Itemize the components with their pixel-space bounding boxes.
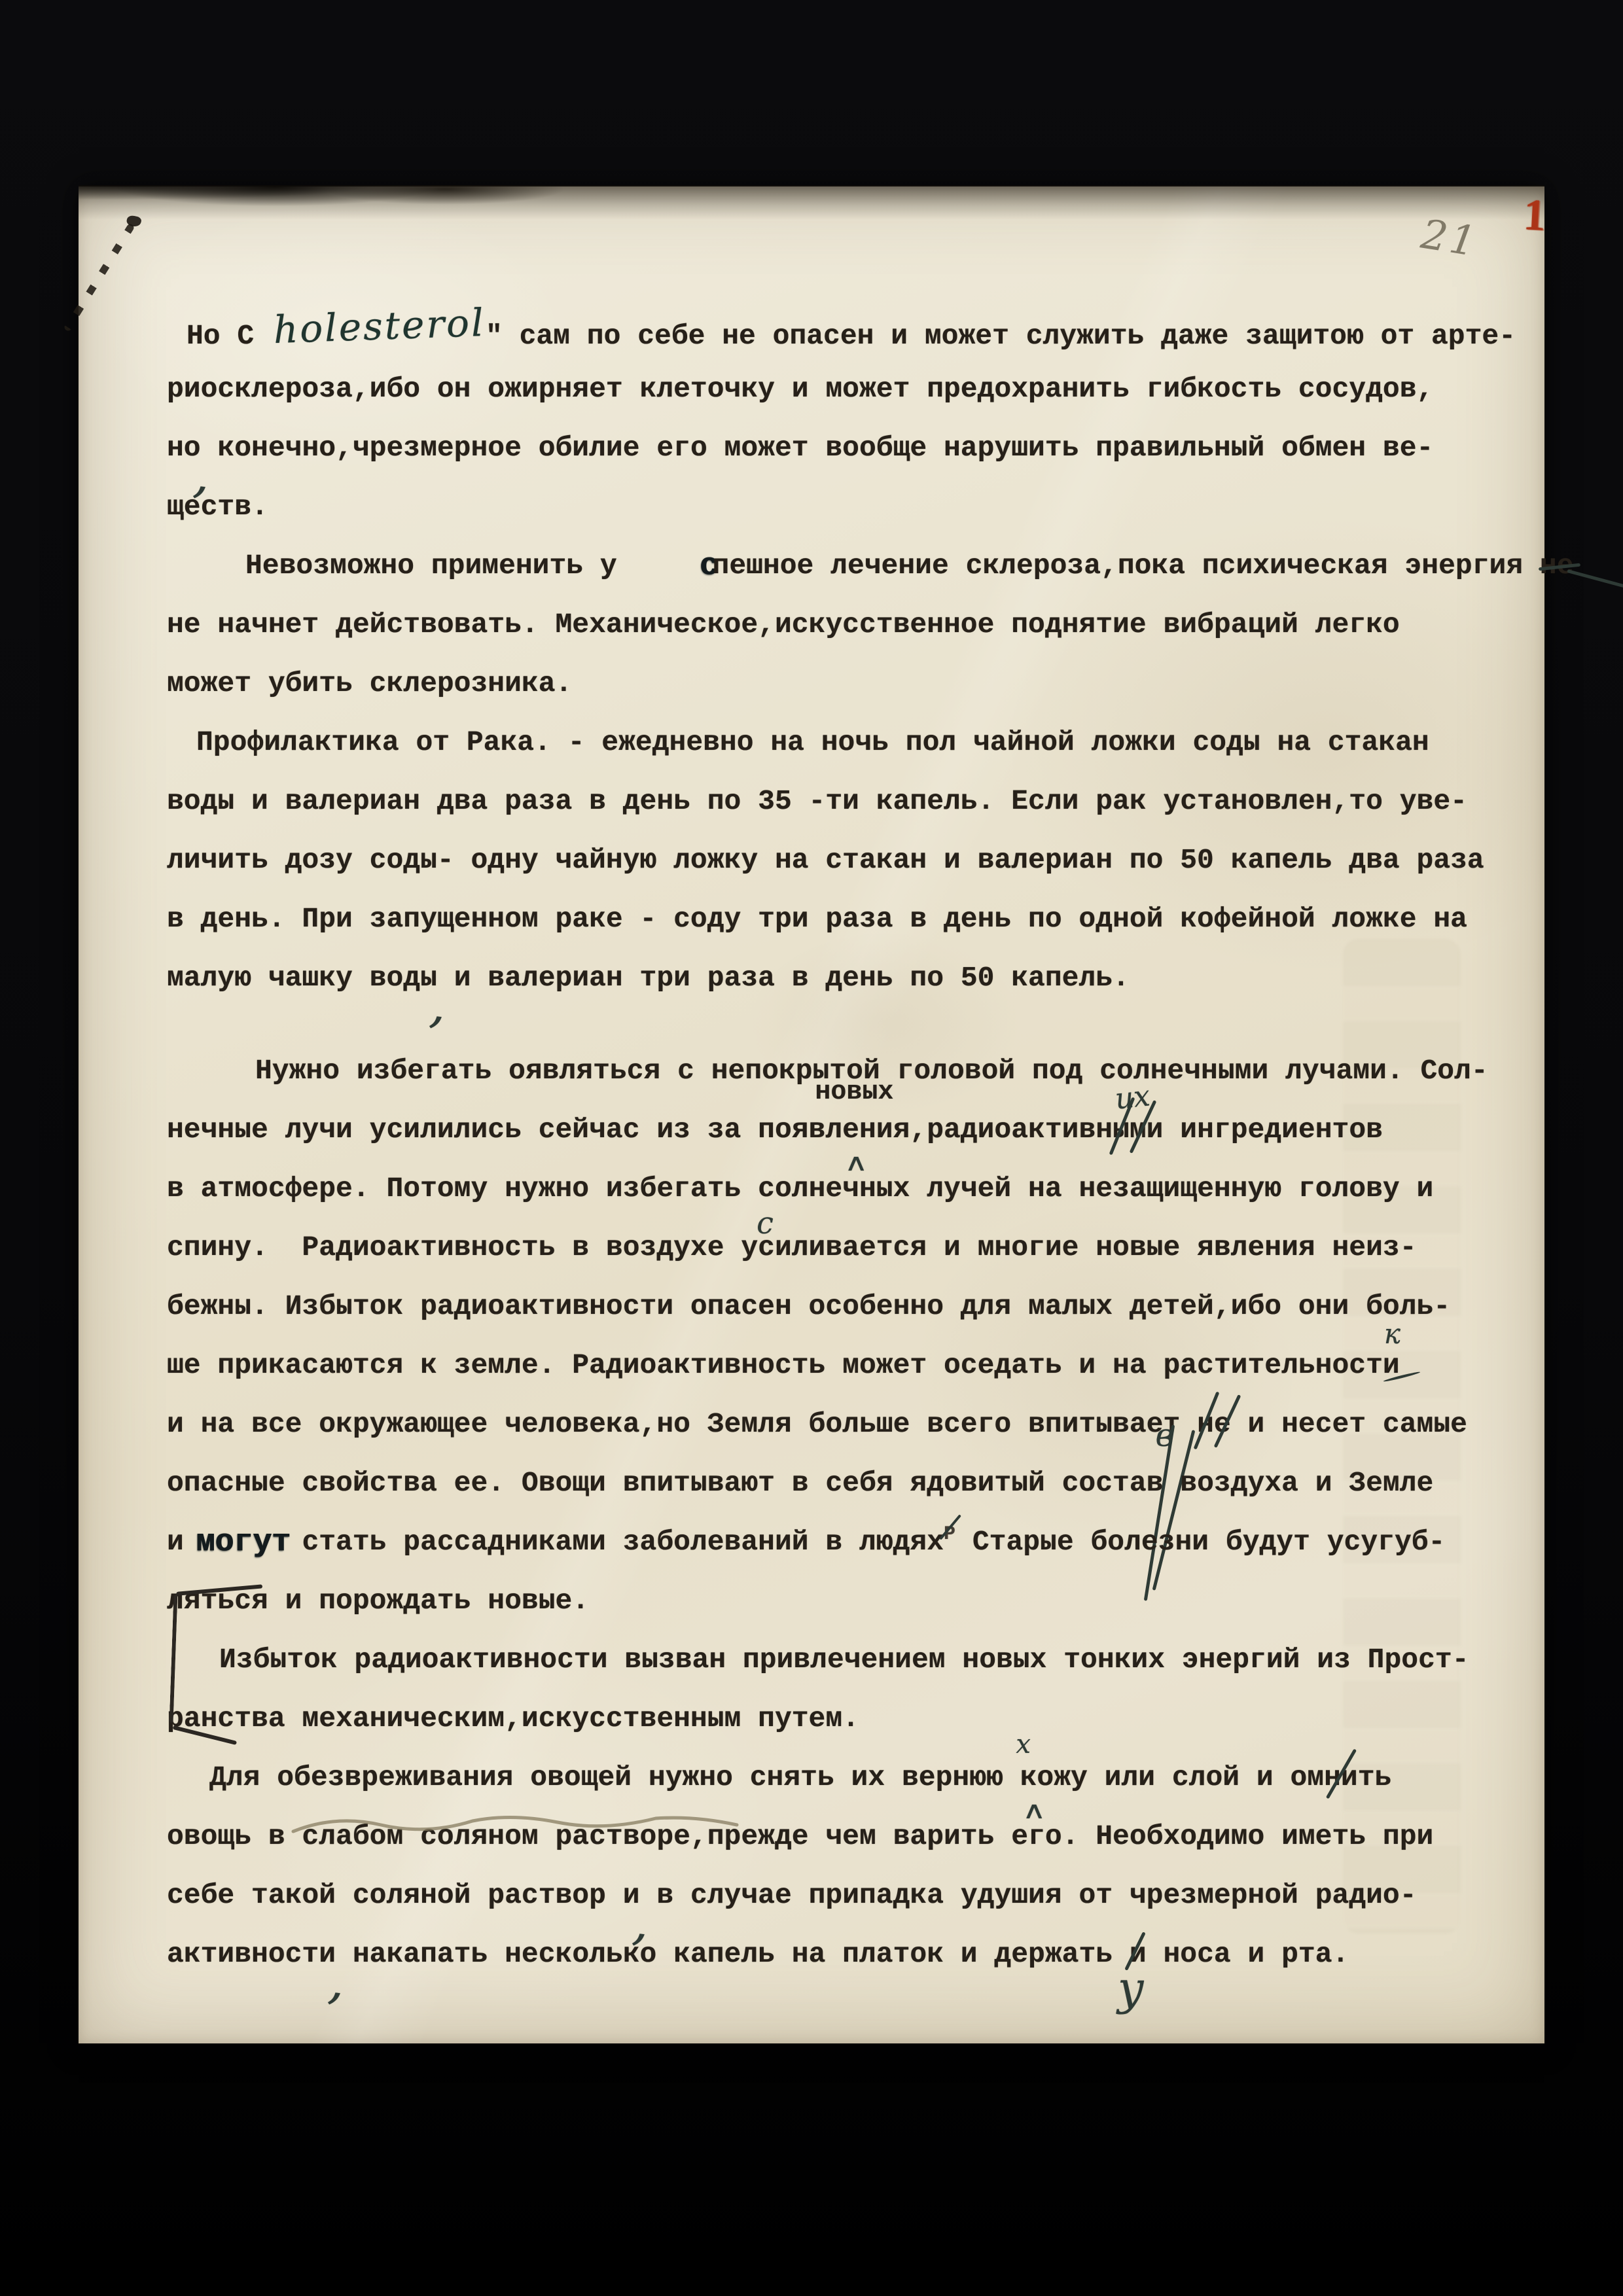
text: могут xyxy=(196,1510,291,1576)
text: в день. При запущенном раке - соду три р… xyxy=(167,903,1467,935)
word-insertion-anchor: ления,новых∧ xyxy=(825,1114,927,1146)
typed-segment: пешное лечение склероза,пока психическая… xyxy=(713,550,1540,582)
pencil-page-number: 21 xyxy=(1418,210,1482,266)
text: носа и рта. xyxy=(1147,1938,1349,1970)
text: риосклероза,ибо он ожирняет клеточку и м… xyxy=(167,373,1433,405)
text: не xyxy=(1197,1408,1231,1440)
typed-segment: Но С xyxy=(187,320,254,352)
pencil-squiggle-underline xyxy=(289,1809,741,1839)
typed-segment: стать рассадниками заболеваний в людях xyxy=(285,1526,944,1558)
typed-segment: воздуха и Земле xyxy=(1180,1467,1433,1499)
typed-segment: и на все окружающее человека,но Земля бо… xyxy=(167,1408,1197,1440)
text: ть xyxy=(1358,1761,1392,1793)
typed-line: Профилактика от Рака. - ежедневно на ноч… xyxy=(167,713,1515,772)
typed-line: риосклероза,ибо он ожирняет клеточку и м… xyxy=(167,360,1515,419)
typed-line: себе такой соляной раствор и ,в случае п… xyxy=(167,1866,1515,1925)
typed-text: Но Сholesterol" сам по себе не опасен и … xyxy=(167,301,1515,1984)
typed-segment: воды и валериан два раза в день по 35 -т… xyxy=(167,785,1467,817)
typed-segment: ранства механическим,искусственным путем… xyxy=(167,1703,859,1735)
text: ни xyxy=(1324,1761,1358,1793)
document-page: 1 21 Но Сholesterol" сам по себе не опас… xyxy=(79,186,1544,2043)
typed-line: воды и валериан два раза в день по 35 -т… xyxy=(167,772,1515,831)
typed-line: спину. Радиоактивность в воздухе усилива… xyxy=(167,1218,1515,1277)
handwritten-ih-insertion: их xyxy=(1114,1082,1151,1114)
handwritten-u-correction: у xyxy=(1118,1966,1145,2011)
pen-struck-word: не xyxy=(1540,550,1574,582)
pen-struck-ending: ымиих xyxy=(1113,1114,1163,1146)
typed-segment: в атмосфере. Потому нужно избегать xyxy=(167,1173,758,1205)
text: Профилактика от Рака. - ежедневно на ноч… xyxy=(196,726,1429,758)
text: конечно,чрезмерное обилие его может вооб… xyxy=(217,432,1433,464)
typed-segment: себе такой соляной раствор и xyxy=(167,1879,640,1911)
typed-segment: в день. При запущенном раке - соду три р… xyxy=(167,903,1467,935)
text: в случае припадка удушия от чрезмерной р… xyxy=(656,1879,1416,1911)
text: Старые болезни будут усугуб- xyxy=(955,1526,1445,1558)
paragraph: Профилактика от Рака. - ежедневно на ноч… xyxy=(167,713,1515,1008)
text: радиоактивн xyxy=(927,1114,1113,1146)
typed-line: Для обезвреживания овощей нужно снять их… xyxy=(167,1748,1515,1807)
paragraph: Для обезвреживания овощей нужно снять их… xyxy=(167,1748,1515,1984)
typed-line: и на все окружающее человека,но Земля бо… xyxy=(167,1395,1515,1454)
text: ществ. xyxy=(167,491,268,523)
typed-line: личить дозу соды- одну чайную ложку на с… xyxy=(167,831,1515,890)
handwritten-x-insertion: х xyxy=(973,1731,1031,1757)
text: ингредиентов xyxy=(1163,1114,1382,1146)
pen-slashed-letters: ни xyxy=(1324,1761,1358,1793)
pen-struck-word: не xyxy=(1197,1408,1231,1440)
typed-segment: Профилактика от Рака. - ежедневно на ноч… xyxy=(196,726,1429,758)
text: воды и валериан два раза в день по 35 -т… xyxy=(167,785,1467,817)
text: активности xyxy=(167,1938,336,1970)
typed-line: ше прикасаются к земле. Радиоактивность … xyxy=(167,1336,1515,1395)
text: бежны. Избыток радиоактивности опасен ос… xyxy=(167,1290,1450,1322)
typed-segment: радиоактивн xyxy=(927,1114,1113,1146)
typed-segment: ществ. xyxy=(167,491,268,523)
typed-insertion-novykh: новых xyxy=(815,1080,893,1106)
text: не xyxy=(1540,550,1574,582)
text: ления, xyxy=(825,1114,927,1146)
text: и валериан три раза в день по 50 капель. xyxy=(454,962,1130,994)
text: Но С xyxy=(187,320,254,352)
letter-insertion-anchor: нююх∧ xyxy=(952,1761,1003,1793)
typed-line: опасные свойства ее. Овощи впитывают в с… xyxy=(167,1454,1515,1513)
text: Невозможно применить у xyxy=(245,550,617,582)
typed-line: ляться и порождать новые. xyxy=(167,1572,1515,1631)
typed-segment: нечные лучи усилились сейчас из за появ xyxy=(167,1114,825,1146)
scan-background: { "page": { "background_color": "#060607… xyxy=(0,0,1623,2296)
text: Р xyxy=(944,1523,955,1545)
typed-segment: Избыток радиоактивности вызван привлечен… xyxy=(219,1644,1469,1676)
handwritten-v-insertion: в xyxy=(1155,1420,1173,1451)
text: малую чашку воды xyxy=(167,962,437,994)
text: пешное лечение склероза,пока психическая… xyxy=(713,550,1540,582)
text: Избыток радиоактивности вызван привлечен… xyxy=(219,1644,1469,1676)
letter-insertion-anchor: сс xyxy=(758,1173,775,1205)
text: олнечных лучей на незащищенную голову и xyxy=(775,1173,1433,1205)
comma-insertion-anchor: , xyxy=(437,962,454,994)
handwritten-k-insertion: к xyxy=(1384,1320,1400,1348)
text: стать рассадниками заболеваний в людях xyxy=(285,1526,944,1558)
text: воздуха и Земле xyxy=(1180,1467,1433,1499)
text: holesterol xyxy=(253,293,487,360)
typed-segment: бежны. Избыток радиоактивности опасен ос… xyxy=(167,1290,1450,1322)
text: спину. Радиоактивность в воздухе усилива… xyxy=(167,1231,1417,1263)
typed-segment: и валериан три раза в день по 50 капель. xyxy=(454,962,1130,994)
typed-segment: активности xyxy=(167,1938,336,1970)
typed-line: ществ. xyxy=(167,478,1515,537)
letter-insertion-anchor: ик xyxy=(1383,1349,1400,1381)
typed-segment: личить дозу соды- одну чайную ложку на с… xyxy=(167,844,1484,876)
typed-line: и могут стать рассадниками заболеваний в… xyxy=(167,1513,1515,1572)
typed-segment: может убить склерозника. xyxy=(167,667,572,699)
typed-segment: кожу или слой и ом xyxy=(1003,1761,1324,1793)
typed-line: в атмосфере. Потому нужно избегать ссолн… xyxy=(167,1159,1515,1218)
typed-segment: Невозможно применить у xyxy=(245,550,617,582)
typed-line: Но Сholesterol" сам по себе не опасен и … xyxy=(167,301,1515,360)
typed-segment: накапать несколько капель на платок и де… xyxy=(353,1938,1130,1970)
typed-segment: опасные свойства ее. Овощи впитывают в с… xyxy=(167,1467,1163,1499)
typed-line: Избыток радиоактивности вызван привлечен… xyxy=(167,1631,1515,1689)
typed-line: малую чашку воды ,и валериан три раза в … xyxy=(167,949,1515,1008)
pen-corrected-letter: иу xyxy=(1130,1938,1147,1970)
typed-line: не начнет действовать. Механическое,иску… xyxy=(167,595,1515,654)
typed-segment: и несет самые xyxy=(1231,1408,1467,1440)
text: и несет самые xyxy=(1231,1408,1467,1440)
paragraph: Но Сholesterol" сам по себе не опасен и … xyxy=(167,301,1515,537)
typed-segment: не начнет действовать. Механическое,иску… xyxy=(167,609,1400,641)
text xyxy=(1163,1467,1180,1499)
ink-overwritten-letters: с xyxy=(617,550,713,582)
typed-segment: ше прикасаются к земле. Радиоактивность … xyxy=(167,1349,1383,1381)
text: кожу или слой и ом xyxy=(1003,1761,1324,1793)
typed-segment: " сам по себе не опасен и может служить … xyxy=(486,320,1516,352)
pencil-scribble-mark xyxy=(63,223,135,332)
text: " сам по себе не опасен и может служить … xyxy=(486,320,1516,352)
typed-segment: ингредиентов xyxy=(1163,1114,1382,1146)
letter-insertion-anchor: в xyxy=(1163,1467,1180,1499)
typed-segment: спину. Радиоактивность в воздухе усилива… xyxy=(167,1231,1417,1263)
text: накапать несколько капель на платок и де… xyxy=(353,1938,1130,1970)
typed-segment: малую чашку воды xyxy=(167,962,437,994)
text: ранства механическим,искусственным путем… xyxy=(167,1703,859,1735)
text: нюю xyxy=(952,1761,1003,1793)
typed-line: ранства механическим,искусственным путем… xyxy=(167,1689,1515,1748)
paragraph: Нужно избегать оявляться с непокрытой го… xyxy=(167,1042,1515,1631)
text: с xyxy=(611,533,718,599)
typed-segment: олнечных лучей на незащищенную голову и xyxy=(775,1173,1433,1205)
top-edge-smudge xyxy=(79,185,1544,231)
typed-segment: Старые болезни будут усугуб- xyxy=(955,1526,1445,1558)
typed-line: может убить склерозника. xyxy=(167,654,1515,713)
text: и на все окружающее человека,но Земля бо… xyxy=(167,1408,1197,1440)
typed-line: Невозможно применить успешное лечение ск… xyxy=(167,537,1515,595)
typed-segment: ть xyxy=(1358,1761,1392,1793)
typed-line: активности ,накапать несколько капель на… xyxy=(167,1925,1515,1984)
text: с xyxy=(758,1173,775,1205)
ink-overwritten-letters: могут xyxy=(201,1526,285,1558)
typed-line: нечные лучи усилились сейчас из за появл… xyxy=(167,1101,1515,1159)
typed-segment: риосклероза,ибо он ожирняет клеточку и м… xyxy=(167,373,1433,405)
typed-line: в день. При запущенном раке - соду три р… xyxy=(167,890,1515,949)
text: в атмосфере. Потому нужно избегать xyxy=(167,1173,758,1205)
text: может убить склерозника. xyxy=(167,667,572,699)
red-corner-numeral: 1 xyxy=(1522,188,1547,241)
text: личить дозу соды- одну чайную ложку на с… xyxy=(167,844,1484,876)
text: ыми xyxy=(1113,1114,1163,1146)
handwritten-word-cholesterol: holesterol xyxy=(254,320,486,352)
typed-segment: конечно,чрезмерное обилие его может вооб… xyxy=(217,432,1433,464)
typed-line: бежны. Избыток радиоактивности опасен ос… xyxy=(167,1277,1515,1336)
comma-insertion-anchor: , xyxy=(336,1938,353,1970)
pen-stroke xyxy=(1567,569,1623,608)
paragraph: Невозможно применить успешное лечение ск… xyxy=(167,537,1515,713)
text: опасные свойства ее. Овощи впитывают в с… xyxy=(167,1467,1163,1499)
comma-insertion-anchor: , xyxy=(201,432,218,464)
typed-line: но ,конечно,чрезмерное обилие его может … xyxy=(167,419,1515,478)
typed-segment: Для обезвреживания овощей нужно снять их… xyxy=(209,1761,952,1793)
typed-segment: носа и рта. xyxy=(1147,1938,1349,1970)
text: себе такой соляной раствор и xyxy=(167,1879,640,1911)
text: ше прикасаются к земле. Радиоактивность … xyxy=(167,1349,1383,1381)
comma-insertion-anchor: , xyxy=(640,1879,657,1911)
paragraph: Избыток радиоактивности вызван привлечен… xyxy=(167,1631,1515,1748)
text: Для обезвреживания овощей нужно снять их… xyxy=(209,1761,952,1793)
typed-segment: в случае припадка удушия от чрезмерной р… xyxy=(656,1879,1416,1911)
text: не начнет действовать. Механическое,иску… xyxy=(167,609,1400,641)
text: и xyxy=(1383,1349,1400,1381)
overstruck-character: Р xyxy=(944,1526,955,1558)
text: нечные лучи усилились сейчас из за появ xyxy=(167,1114,825,1146)
